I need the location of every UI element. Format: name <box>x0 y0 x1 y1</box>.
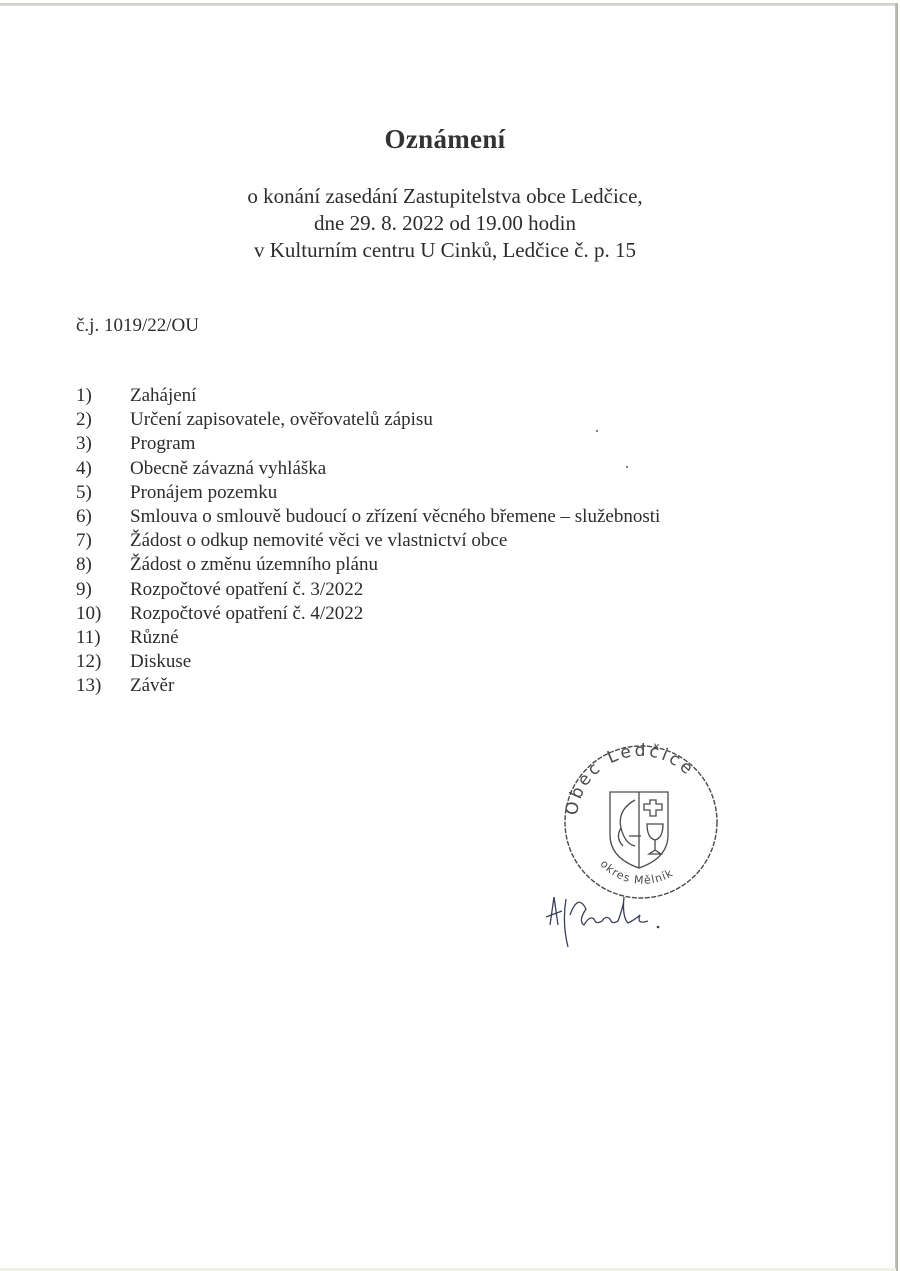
meeting-line-3: v Kulturním centru U Cinků, Ledčice č. p… <box>0 237 890 264</box>
agenda-item: 8)Žádost o změnu územního plánu <box>76 553 660 577</box>
agenda-item: 13)Závěr <box>76 674 660 698</box>
agenda-item: 11)Různé <box>76 626 660 650</box>
agenda-item: 12)Diskuse <box>76 650 660 674</box>
agenda-item: 5)Pronájem pozemku <box>76 481 660 505</box>
svg-text:Obec Ledčice: Obec Ledčice <box>562 741 699 817</box>
reference-number: č.j. 1019/22/OU <box>76 315 199 337</box>
agenda-item: 9)Rozpočtové opatření č. 3/2022 <box>76 578 660 602</box>
agenda-list: 1)Zahájení 2)Určení zapisovatele, ověřov… <box>76 384 660 699</box>
scan-edge-right <box>895 3 898 1271</box>
signature <box>540 885 680 955</box>
stamp-bottom-text: okres Mělník <box>598 857 676 887</box>
scan-edge-top <box>0 3 896 6</box>
scan-speck <box>596 430 598 432</box>
agenda-item: 4)Obecně závazná vyhláška <box>76 457 660 481</box>
meeting-line-1: o konání zasedání Zastupitelstva obce Le… <box>0 183 890 210</box>
coat-of-arms-icon <box>610 792 668 868</box>
agenda-item: 2)Určení zapisovatele, ověřovatelů zápis… <box>76 408 660 432</box>
meeting-line-2: dne 29. 8. 2022 od 19.00 hodin <box>0 210 890 237</box>
municipal-stamp: Obec Ledčice okres Mělník <box>555 740 725 900</box>
svg-text:okres Mělník: okres Mělník <box>598 857 676 887</box>
agenda-item: 1)Zahájení <box>76 384 660 408</box>
agenda-item: 10)Rozpočtové opatření č. 4/2022 <box>76 602 660 626</box>
agenda-item: 3)Program <box>76 432 660 456</box>
scan-speck <box>626 466 628 468</box>
meeting-details: o konání zasedání Zastupitelstva obce Le… <box>0 183 890 264</box>
agenda-item: 6)Smlouva o smlouvě budoucí o zřízení vě… <box>76 505 660 529</box>
document-title: Oznámení <box>0 124 890 155</box>
stamp-top-text: Obec Ledčice <box>562 741 699 817</box>
agenda-item: 7)Žádost o odkup nemovité věci ve vlastn… <box>76 529 660 553</box>
